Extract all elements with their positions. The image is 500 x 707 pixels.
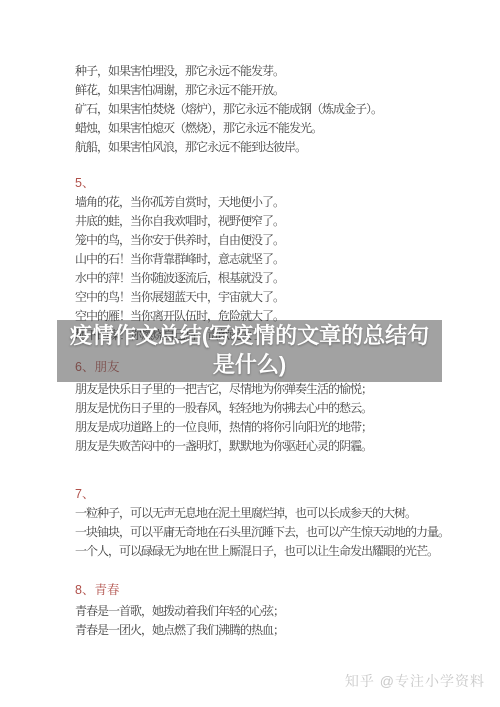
section-8: 8、青春青春是一首歌，她拨动着我们年轻的心弦；青春是一团火，她点燃了我们沸腾的热…: [75, 581, 475, 640]
section-a: 种子，如果害怕埋没，那它永远不能发芽。鲜花，如果害怕凋谢，那它永远不能开放。矿石…: [75, 62, 475, 157]
text-line: 朋友是快乐日子里的一把吉它，尽情地为你弹奏生活的愉悦；: [75, 380, 475, 399]
article-page: 种子，如果害怕埋没，那它永远不能发芽。鲜花，如果害怕凋谢，那它永远不能开放。矿石…: [0, 0, 500, 707]
text-line: 青春是一首歌，她拨动着我们年轻的心弦；: [75, 602, 475, 621]
section-heading: 5、: [75, 174, 475, 193]
section-heading: 7、: [75, 485, 475, 504]
zhihu-watermark: 知乎 @专注小学资料: [345, 671, 485, 691]
text-line: 朋友是忧伤日子里的一股春风，轻轻地为你拂去心中的愁云。: [75, 399, 475, 418]
text-line: 一粒种子，可以无声无息地在泥土里腐烂掉，也可以长成参天的大树。: [75, 504, 475, 523]
text-line: 一个人，可以碌碌无为地在世上厮混日子，也可以让生命发出耀眼的光芒。: [75, 542, 475, 561]
section-lines: 青春是一首歌，她拨动着我们年轻的心弦；青春是一团火，她点燃了我们沸腾的热血；: [75, 602, 475, 640]
section-lines: 一粒种子，可以无声无息地在泥土里腐烂掉，也可以长成参天的大树。一块铀块，可以平庸…: [75, 504, 475, 561]
text-line: 青春是一团火，她点燃了我们沸腾的热血；: [75, 621, 475, 640]
text-line: 矿石，如果害怕焚烧（熔炉），那它永远不能成钢（炼成金子）。: [75, 100, 475, 119]
text-line: 一块铀块，可以平庸无奇地在石头里沉睡下去，也可以产生惊天动地的力量。: [75, 523, 475, 542]
overlay-title: 疫情作文总结(写疫情的文章的总结句 是什么): [57, 321, 442, 379]
text-line: 空中的鸟！当你展翅蓝天中，宇宙就大了。: [75, 288, 475, 307]
text-line: 山中的石！当你背靠群峰时，意志就坚了。: [75, 250, 475, 269]
title-overlay: 疫情作文总结(写疫情的文章的总结句 是什么): [57, 320, 442, 382]
text-line: 朋友是失败苦闷中的一盏明灯，默默地为你驱赶心灵的阴霾。: [75, 437, 475, 456]
section-lines: 种子，如果害怕埋没，那它永远不能发芽。鲜花，如果害怕凋谢，那它永远不能开放。矿石…: [75, 62, 475, 157]
text-line: 水中的萍！当你随波逐流后，根基就没了。: [75, 269, 475, 288]
section-lines: 朋友是快乐日子里的一把吉它，尽情地为你弹奏生活的愉悦；朋友是忧伤日子里的一股春风…: [75, 380, 475, 456]
text-line: 蜡烛，如果害怕熄灭（燃烧），那它永远不能发光。: [75, 119, 475, 138]
text-line: 种子，如果害怕埋没，那它永远不能发芽。: [75, 62, 475, 81]
text-line: 航船，如果害怕风浪，那它永远不能到达彼岸。: [75, 138, 475, 157]
overlay-title-line2: 是什么): [213, 352, 286, 377]
section-7: 7、一粒种子，可以无声无息地在泥土里腐烂掉，也可以长成参天的大树。一块铀块，可以…: [75, 485, 475, 561]
text-line: 墙角的花，当你孤芳自赏时，天地便小了。: [75, 193, 475, 212]
text-line: 笼中的鸟，当你安于供养时，自由便没了。: [75, 231, 475, 250]
text-line: 朋友是成功道路上的一位良师，热情的将你引向阳光的地带；: [75, 418, 475, 437]
text-line: 鲜花，如果害怕凋谢，那它永远不能开放。: [75, 81, 475, 100]
overlay-title-line1: 疫情作文总结(写疫情的文章的总结句: [70, 323, 429, 348]
section-heading: 8、青春: [75, 581, 475, 600]
text-line: 井底的蛙，当你自我欢唱时，视野便窄了。: [75, 212, 475, 231]
